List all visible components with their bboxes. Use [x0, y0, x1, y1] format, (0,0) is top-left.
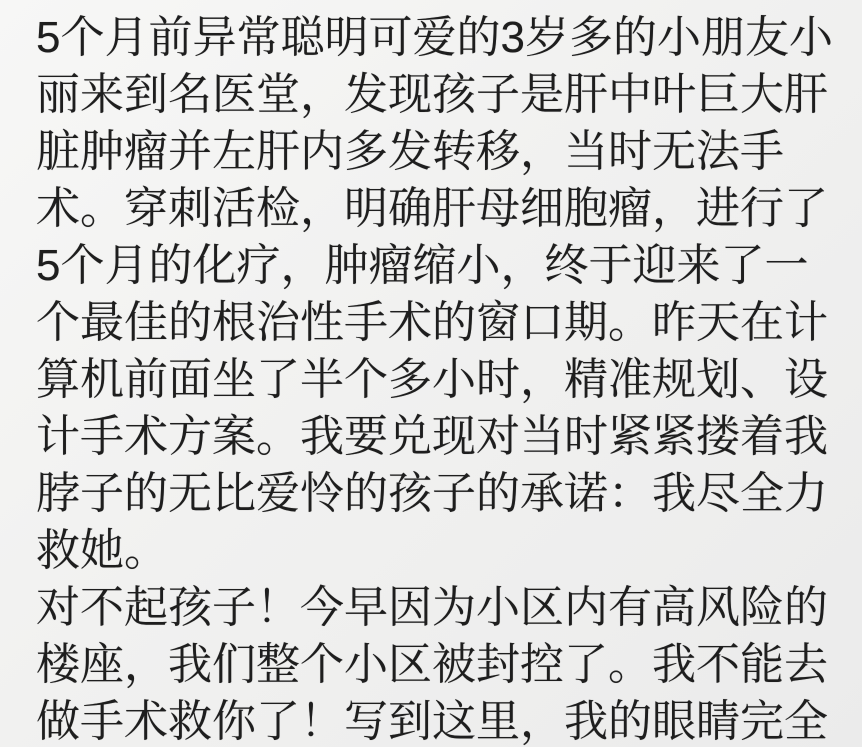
text-line: 5个月的化疗，肿瘤缩小，终于迎来了一 [36, 237, 838, 294]
text-page: 5个月前异常聪明可爱的3岁多的小朋友小 丽来到名医堂，发现孩子是肝中叶巨大肝 脏… [0, 0, 862, 747]
text-line: 做手术救你了！写到这里，我的眼睛完全 [36, 693, 838, 747]
text-line: 术。穿刺活检，明确肝母细胞瘤，进行了 [36, 180, 838, 237]
text-line: 丽来到名医堂，发现孩子是肝中叶巨大肝 [36, 66, 838, 123]
text-line: 计手术方案。我要兑现对当时紧紧搂着我 [36, 408, 838, 465]
text-line: 脏肿瘤并左肝内多发转移，当时无法手 [36, 123, 838, 180]
text-line: 个最佳的根治性手术的窗口期。昨天在计 [36, 294, 838, 351]
text-line: 楼座，我们整个小区被封控了。我不能去 [36, 636, 838, 693]
paragraph-2: 对不起孩子！今早因为小区内有高风险的 楼座，我们整个小区被封控了。我不能去 做手… [36, 579, 838, 747]
text-line: 对不起孩子！今早因为小区内有高风险的 [36, 579, 838, 636]
paragraph-1: 5个月前异常聪明可爱的3岁多的小朋友小 丽来到名医堂，发现孩子是肝中叶巨大肝 脏… [36, 9, 838, 579]
text-line: 救她。 [36, 522, 838, 579]
text-line: 算机前面坐了半个多小时，精准规划、设 [36, 351, 838, 408]
text-line: 5个月前异常聪明可爱的3岁多的小朋友小 [36, 9, 838, 66]
text-line: 脖子的无比爱怜的孩子的承诺：我尽全力 [36, 465, 838, 522]
